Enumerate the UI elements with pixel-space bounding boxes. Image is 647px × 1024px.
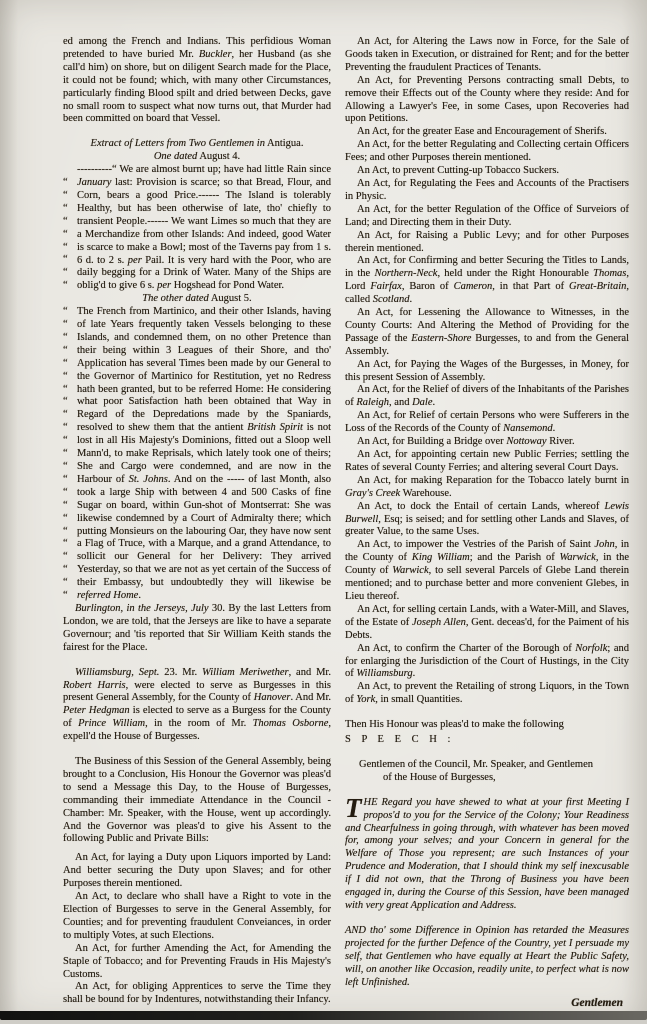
- letter-august-4-text: ----------“ We are almost burnt up; have…: [77, 164, 331, 293]
- act-item: An Act, for Confirming and better Securi…: [345, 255, 629, 307]
- letter2-heading: The other dated August 5.: [63, 293, 331, 306]
- act-item: An Act, for the Relief of divers of the …: [345, 384, 629, 410]
- act-item: An Act, to confirm the Charter of the Bo…: [345, 643, 629, 682]
- left-column: ed among the French and Indians. This pe…: [63, 36, 331, 1007]
- page-bottom-edge: [0, 1011, 647, 1020]
- act-item: An Act, for laying a Duty upon Liquors i…: [63, 852, 331, 891]
- right-column: An Act, for Altering the Laws now in For…: [345, 36, 629, 1007]
- act-item: An Act, for appointing certain new Publi…: [345, 449, 629, 475]
- act-item: An Act, to dock the Entail of certain La…: [345, 501, 629, 540]
- speech-intro: Then His Honour was pleas'd to make the …: [345, 719, 629, 732]
- act-item: An Act, for Altering the Laws now in For…: [345, 36, 629, 75]
- text-columns: ed among the French and Indians. This pe…: [63, 36, 629, 1007]
- act-item: An Act, to declare who shall have a Righ…: [63, 891, 331, 943]
- speech-title: S P E E C H :: [345, 734, 629, 747]
- extract-heading: Extract of Letters from Two Gentlemen in…: [63, 138, 331, 151]
- act-item: An Act, for Relief of certain Persons wh…: [345, 410, 629, 436]
- act-item: An Act, to prevent the Retailing of stro…: [345, 681, 629, 707]
- act-item: An Act, for the better Regulating and Co…: [345, 139, 629, 165]
- assembly-business-paragraph: The Business of this Session of the Gene…: [63, 756, 331, 846]
- act-item: An Act, to prevent Cutting-up Tobacco Su…: [345, 165, 629, 178]
- act-item: An Act, for further Amending the Act, fo…: [63, 943, 331, 982]
- act-item: An Act, for Lessening the Allowance to W…: [345, 307, 629, 359]
- burlington-paragraph: Burlington, in the Jerseys, July 30. By …: [63, 603, 331, 655]
- letter-august-5: “ “ “ “ “ “ “ “ “ “ “ “ “ “ “ “ “ “ “ “ …: [63, 306, 331, 603]
- williamsburg-paragraph: Williamsburg, Sept. 23. Mr. William Meri…: [63, 667, 331, 744]
- act-item: An Act, to impower the Vestries of the P…: [345, 539, 629, 604]
- letter-august-4: “ “ “ “ “ “ “ “ “ “ “ “ “ “ “ “ “ “ “ “ …: [63, 164, 331, 293]
- act-item: An Act, for obliging Apprentices to serv…: [63, 981, 331, 1007]
- act-item: An Act, for Preventing Persons contracti…: [345, 75, 629, 127]
- act-item: An Act, for making Reparation for the To…: [345, 475, 629, 501]
- act-item: An Act, for the greater Ease and Encoura…: [345, 126, 629, 139]
- act-item: An Act, for the better Regulation of the…: [345, 204, 629, 230]
- speech-paragraph-1: THE Regard you have shewed to what at yo…: [345, 797, 629, 913]
- act-item: An Act, for Raising a Public Levy; and f…: [345, 230, 629, 256]
- speech-salutation: Gentlemen of the Council, Mr. Speaker, a…: [345, 759, 629, 785]
- newspaper-page: ed among the French and Indians. This pe…: [0, 0, 647, 1024]
- extract-subheading: One dated August 4.: [63, 151, 331, 164]
- page-bottom-margin: [0, 1020, 647, 1024]
- quote-gutter: “ “ “ “ “ “ “ “ “ “ “ “ “ “ “ “ “ “ “ “ …: [63, 177, 76, 293]
- act-item: An Act, for Regulating the Fees and Acco…: [345, 178, 629, 204]
- speech-salutation-text: Gentlemen of the Council, Mr. Speaker, a…: [359, 759, 599, 785]
- act-item: An Act, for selling certain Lands, with …: [345, 604, 629, 643]
- catchword: Gentlemen: [571, 997, 623, 1010]
- act-item: An Act, for Paying the Wages of the Burg…: [345, 359, 629, 385]
- speech-paragraph-2: AND tho' some Difference in Opinion has …: [345, 925, 629, 990]
- quote-gutter: “ “ “ “ “ “ “ “ “ “ “ “ “ “ “ “ “ “ “ “ …: [63, 306, 76, 603]
- act-item: An Act, for Building a Bridge over Notto…: [345, 436, 629, 449]
- letter-august-5-text: The French from Martinico, and their oth…: [77, 306, 331, 603]
- intro-paragraph: ed among the French and Indians. This pe…: [63, 36, 331, 126]
